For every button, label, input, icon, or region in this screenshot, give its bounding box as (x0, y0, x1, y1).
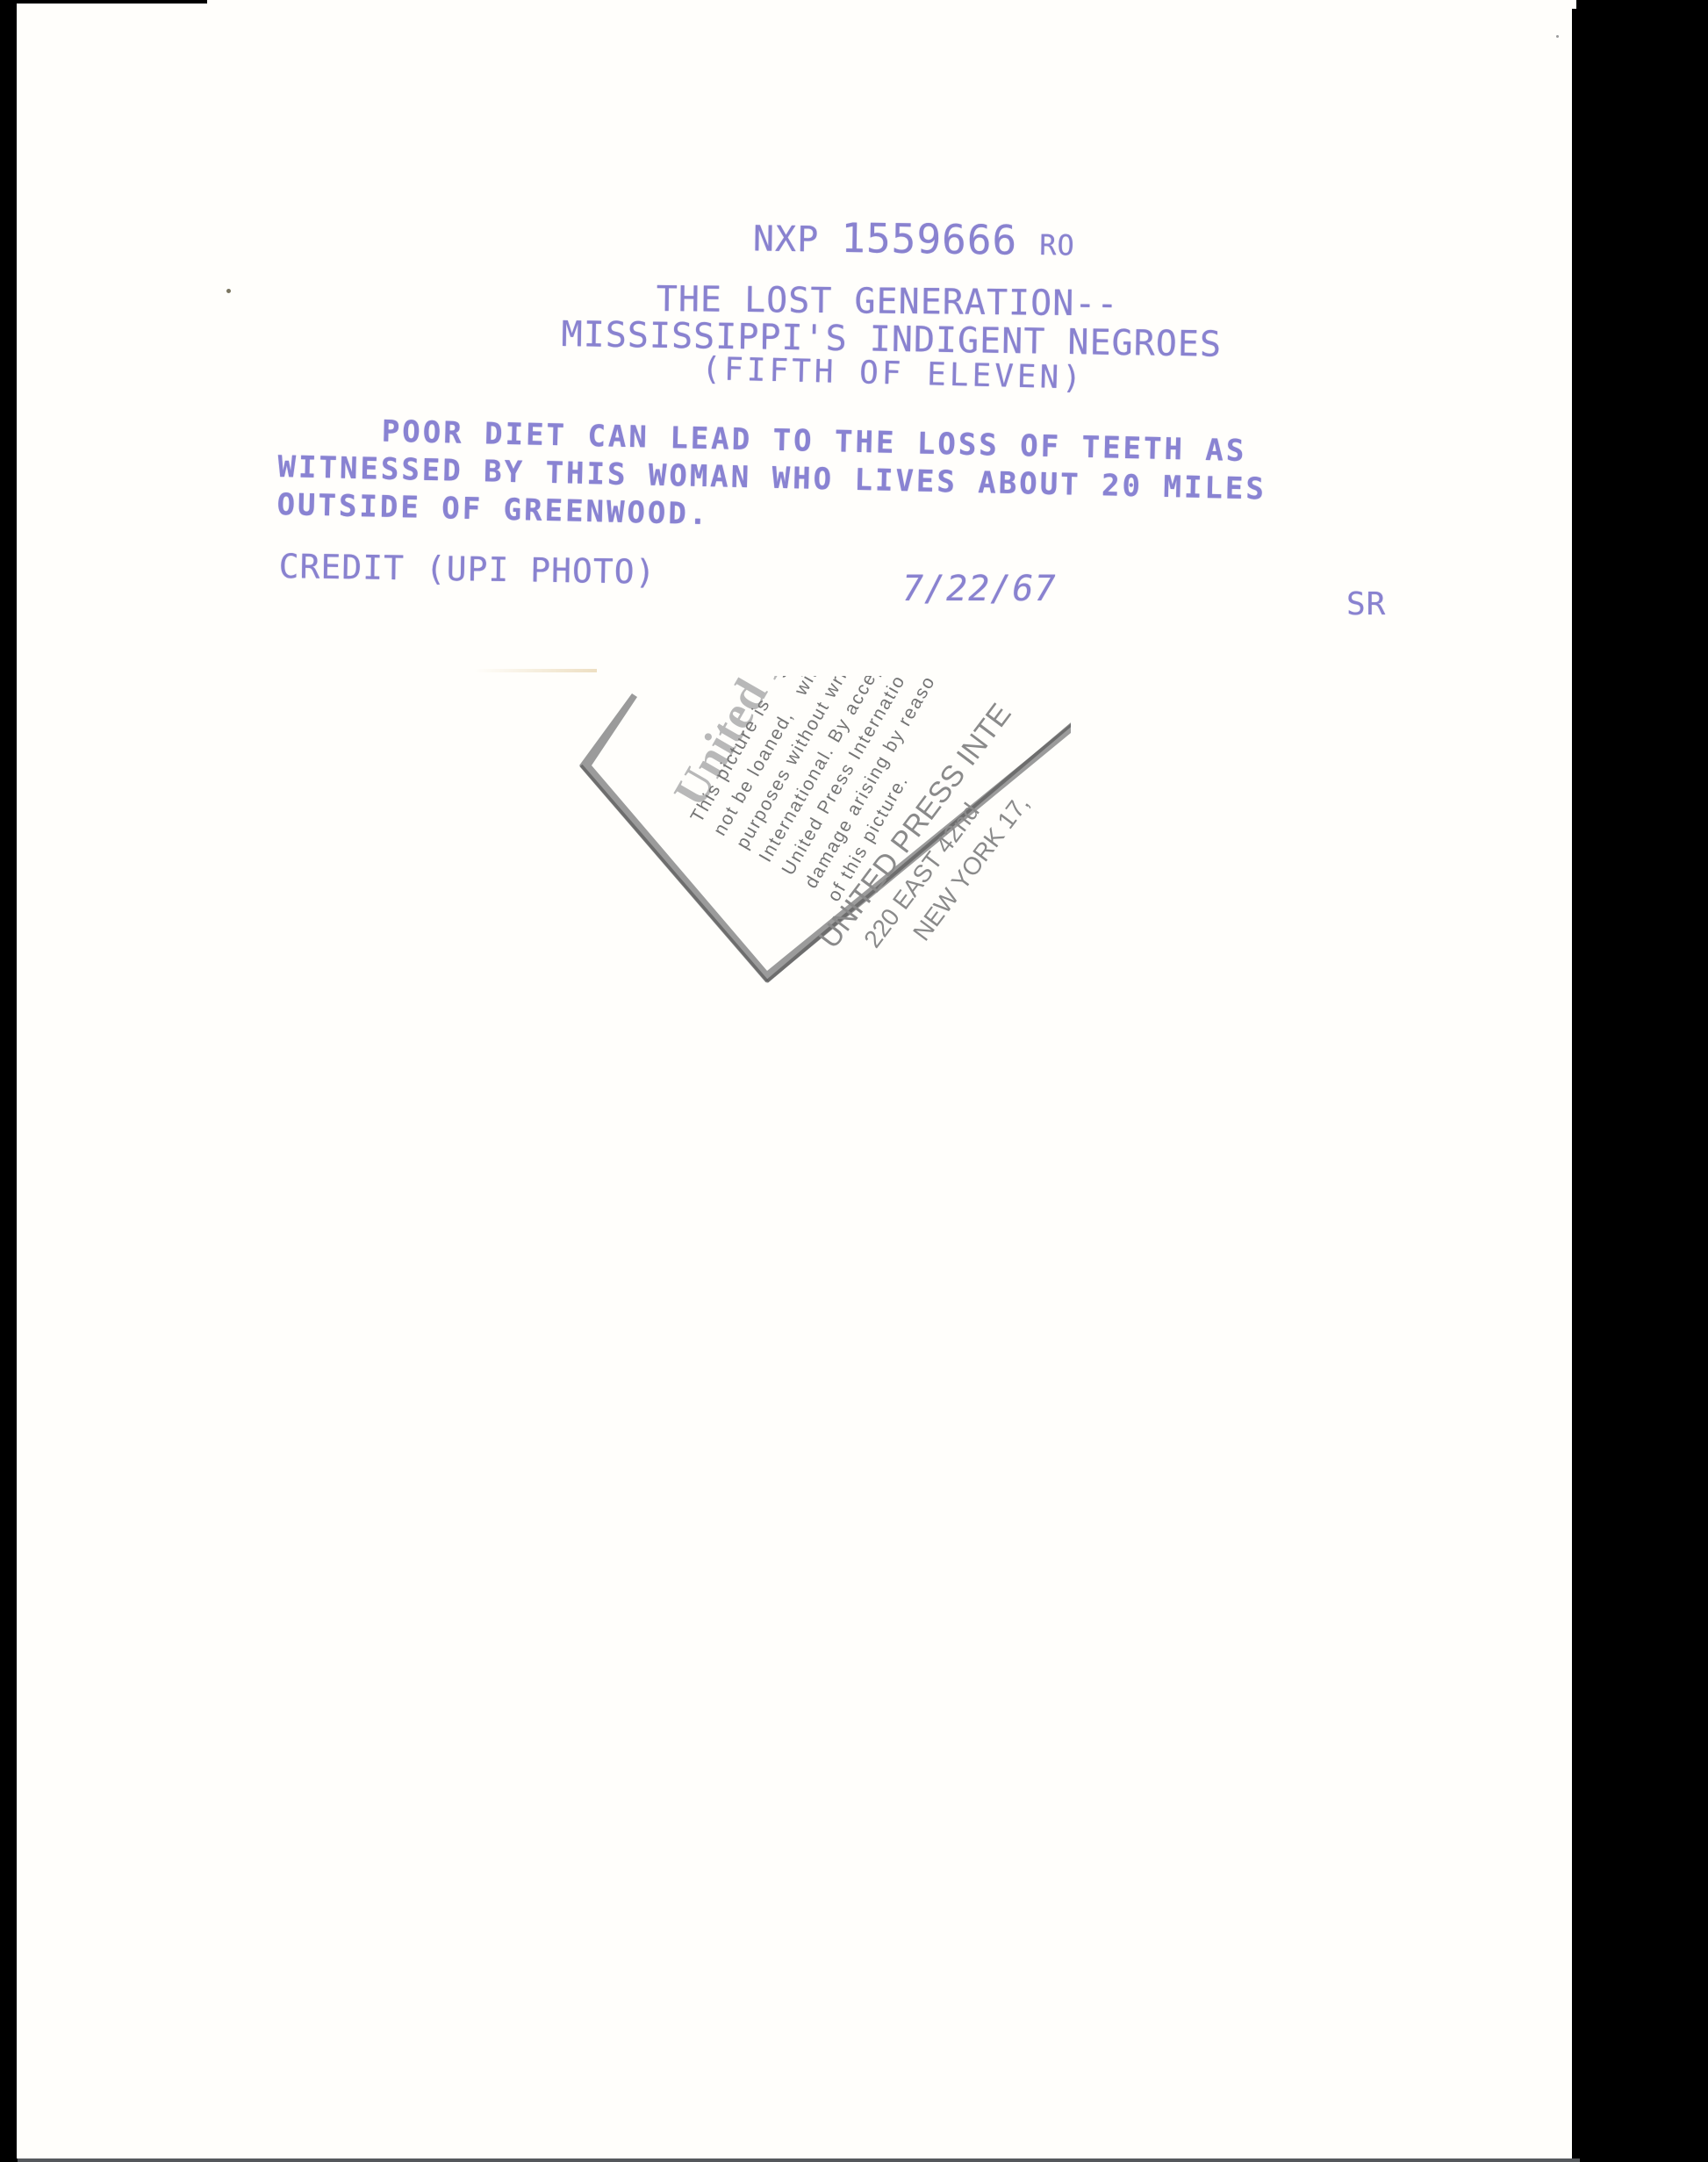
ink-speck (1556, 35, 1559, 38)
reference-number-line: NXP 1559666 RO (753, 212, 1076, 264)
paper-stain (474, 669, 597, 672)
upi-stamp: United P This picture is synot be loaned… (562, 676, 1071, 983)
paper-top-edge (207, 0, 1576, 9)
photo-date: 7/22/67 (902, 569, 1057, 609)
editor-initials: SR (1346, 586, 1386, 622)
upi-stamp-body: United P This picture is synot be loaned… (579, 685, 1071, 983)
ref-suffix: RO (1039, 228, 1075, 262)
ref-prefix: NXP (753, 219, 820, 260)
ink-speck (226, 289, 231, 293)
ref-number: 1559666 (841, 214, 1018, 264)
scan-border-left (0, 0, 17, 2162)
scan-border-bottom (18, 2158, 1580, 2162)
photo-credit: CREDIT (UPI PHOTO) (278, 547, 656, 592)
caption-paragraph: POOR DIET CAN LEAD TO THE LOSS OF TEETH … (276, 411, 1267, 547)
scan-border-right (1575, 7, 1708, 2162)
